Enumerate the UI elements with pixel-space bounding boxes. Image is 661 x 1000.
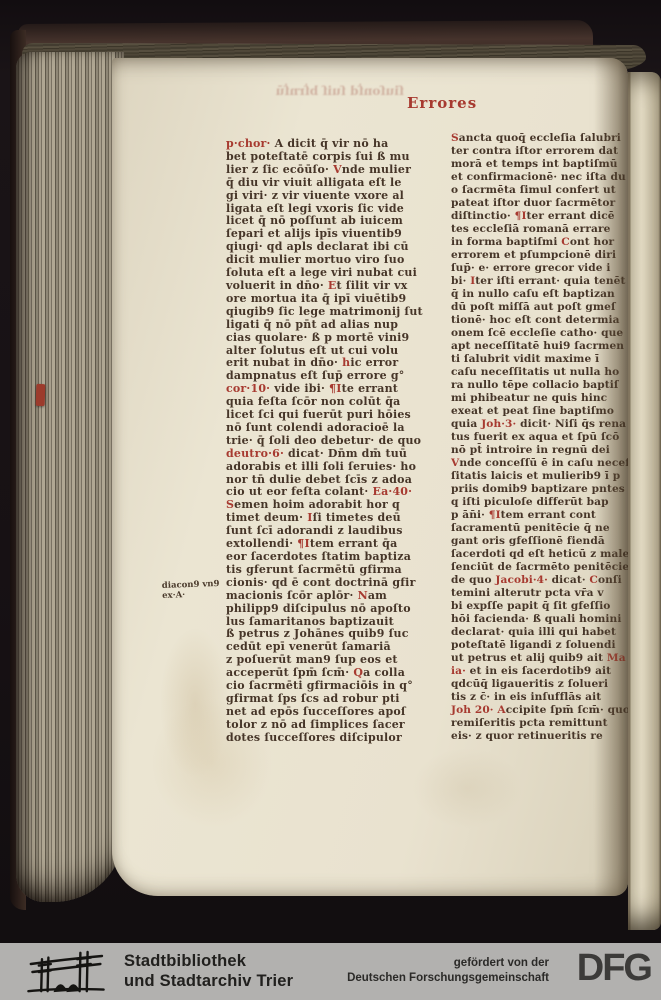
marginal-note-line: diacon9 vn9 [162, 579, 220, 591]
parchment-stain [412, 748, 522, 828]
fore-edge-page-stack [16, 52, 124, 902]
porta-nigra-logo-icon [18, 948, 114, 996]
marginal-note: diacon9 vn9 ex·A· [162, 579, 220, 601]
rubric-segment: S [451, 132, 459, 144]
rubric-segment: ¶I [329, 382, 342, 395]
rubric-segment: N [358, 589, 368, 602]
funding-credit-line2: Deutschen Forschungsgemeinschaft [347, 971, 549, 986]
book-photo: ſiuſonẛd ſuiſ bẛrnẛū Errores p·chor· A d… [0, 0, 661, 943]
rubric-segment: p·chor· [226, 137, 271, 150]
marginal-note-line: ex·A· [162, 589, 220, 601]
manuscript-page: ſiuſonẛd ſuiſ bẛrnẛū Errores p·chor· A d… [112, 58, 628, 896]
rubric-segment: ¶I [515, 210, 527, 222]
manuscript-line: bet poteſtatē corpis ſui ß mu [226, 151, 438, 164]
manuscript-line: tis gferunt ſacrmētū gfirma [226, 564, 438, 577]
manuscript-line: tolor z nō ad ſimplices ſacer [226, 719, 438, 732]
dfg-logo: DFG [577, 947, 651, 990]
rubric-segment: ia· [451, 665, 466, 677]
manuscript-line: p·chor· A dicit q̄ vir nō ha [226, 138, 438, 151]
manuscript-line: adorabis et illi ſoli ſeruies· ho [226, 461, 438, 474]
manuscript-line: licet ſci qui fuerūt puri hōies [226, 409, 438, 422]
gutter-shadow [594, 58, 628, 896]
rubric-segment: V [333, 163, 342, 176]
library-name-line1: Stadtbibliothek [124, 952, 293, 972]
manuscript-line: ligati q̄ nō pn̄t ad alias nup [226, 319, 438, 332]
rubric-segment: Ea·40· [373, 485, 413, 498]
footer-banner: Stadtbibliothek und Stadtarchiv Trier ge… [0, 943, 661, 1000]
running-title: Errores [407, 94, 477, 112]
manuscript-line: nō ſunt colendi adoracioē la [226, 422, 438, 435]
manuscript-line: gi viri· z vir viuente vxore al [226, 190, 438, 203]
rubric-segment: S [226, 498, 234, 511]
rubric-segment: deutro·6· [226, 447, 284, 460]
rubric-segment: A [497, 704, 505, 716]
text-column-left: p·chor· A dicit q̄ vir nō habet poteſtat… [226, 138, 438, 745]
parchment-stain [160, 628, 230, 778]
manuscript-line: qiugib9 ſic lege matrimonij ſut [226, 306, 438, 319]
manuscript-line: lier z ſic ecōūſo· Vnde mulier [226, 164, 438, 177]
manuscript-line: q̄ diu vir viuit alligata eſt le [226, 177, 438, 190]
manuscript-line: gfirmat ſps ſcs ad robur pti [226, 693, 438, 706]
rubric-segment: h [342, 356, 350, 369]
manuscript-line: philipp9 diſcipulus nō apoſto [226, 603, 438, 616]
rubric-segment: I [470, 275, 475, 287]
manuscript-line: cias quolare· ß p mortē vini9 [226, 332, 438, 345]
funding-credit: gefördert von der Deutschen Forschungsge… [347, 956, 549, 985]
library-name-line2: und Stadtarchiv Trier [124, 972, 293, 992]
rubric-segment: ¶I [489, 509, 501, 521]
facing-page-edge [628, 72, 661, 930]
funding-credit-line1: gefördert von der [347, 956, 549, 971]
rubric-segment: Jacobi·4· [495, 574, 547, 586]
rubric-segment: cor·10· [226, 382, 270, 395]
manuscript-line: deutro·6· dicat· Dn̄m dm̄ tuū [226, 448, 438, 461]
bookmark-tab [36, 384, 46, 406]
manuscript-line: eor ſacerdotes ſtatim baptiza [226, 551, 438, 564]
rubric-segment: Q [353, 666, 363, 679]
rubric-segment: Joh·3· [481, 418, 516, 430]
rubric-segment: I [307, 511, 312, 524]
library-name: Stadtbibliothek und Stadtarchiv Trier [124, 952, 293, 991]
manuscript-line: macionis ſcōr aplōr· Nam [226, 590, 438, 603]
rubric-segment: E [328, 279, 337, 292]
manuscript-line: voluerit in dn̄o· Et ſilit vir vx [226, 280, 438, 293]
rubric-segment: V [451, 457, 459, 469]
digitized-manuscript-scan: ſiuſonẛd ſuiſ bẛrnẛū Errores p·chor· A d… [0, 0, 661, 1000]
rubric-segment: Joh 20· [451, 704, 494, 716]
manuscript-line: cionis· qd ē cont doctrinā gfir [226, 577, 438, 590]
rubric-segment: C [561, 236, 570, 248]
ink-showthrough-text: ſiuſonẛd ſuiſ bẛrnẛū [204, 84, 404, 104]
manuscript-line: net ad epōs ſucceſſores apoſ [226, 706, 438, 719]
manuscript-line: ore mortua ita q̄ ipī viuētib9 [226, 293, 438, 306]
manuscript-line: dotes ſucceſſores diſcipulor [226, 732, 438, 745]
rubric-segment: ¶I [297, 537, 310, 550]
